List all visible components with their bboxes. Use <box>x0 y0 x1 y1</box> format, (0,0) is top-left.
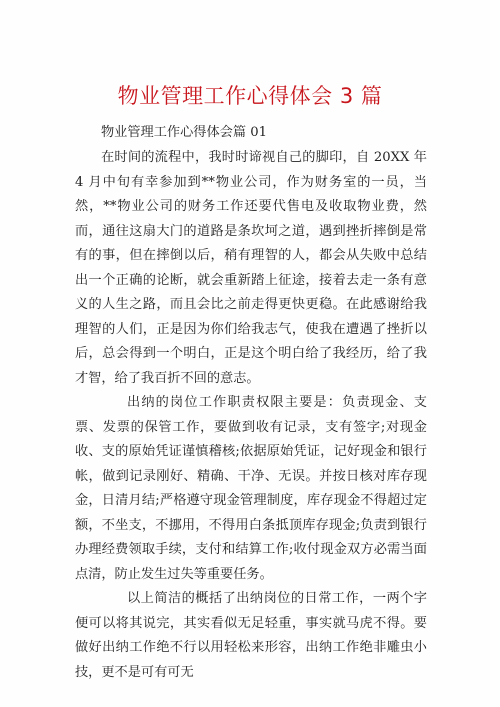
document-title: 物业管理工作心得体会 3 篇 <box>0 80 500 110</box>
document-body: 在时间的流程中，我时时谛视自己的脚印，自 20XX 年 4 月中旬有幸参加到**… <box>75 146 427 685</box>
paragraph-2: 出纳的岗位工作职责权限主要是：负责现金、支票、发票的保管工作，要做到收有记录，支… <box>75 391 427 587</box>
document-page: 物业管理工作心得体会 3 篇 物业管理工作心得体会篇 01 在时间的流程中，我时… <box>0 0 500 707</box>
paragraph-3: 以上简洁的概括了出纳岗位的日常工作，一两个字便可以将其说完，其实看似无足轻重，事… <box>75 587 427 685</box>
paragraph-1: 在时间的流程中，我时时谛视自己的脚印，自 20XX 年 4 月中旬有幸参加到**… <box>75 146 427 391</box>
section-heading: 物业管理工作心得体会篇 01 <box>75 121 427 146</box>
